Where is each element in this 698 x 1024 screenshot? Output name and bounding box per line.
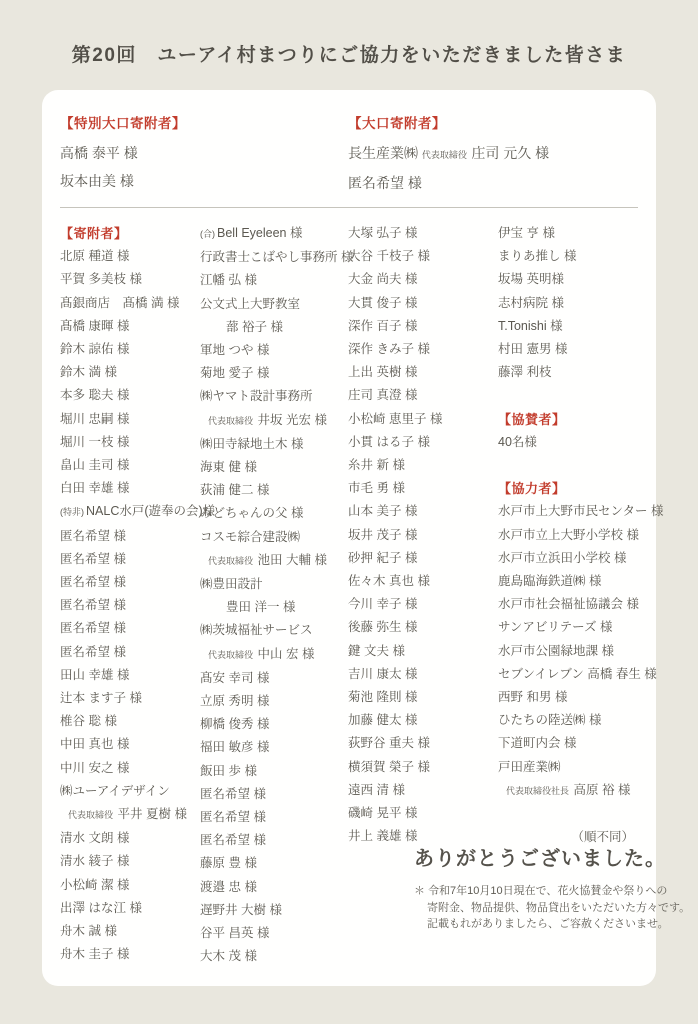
donor-line: 匿名希望 様 xyxy=(200,806,348,829)
name-text: 福田 敏彦 様 xyxy=(200,740,269,754)
name-text: 匿名希望 様 xyxy=(200,833,266,847)
donor-line: 志村病院 様 xyxy=(498,292,638,315)
name-text: 畠山 圭司 様 xyxy=(60,458,129,472)
name-text: 井上 義雄 様 xyxy=(348,829,417,843)
donor-line: ㈱茨城福祉サービス xyxy=(200,619,348,642)
name-text: 白田 幸雄 様 xyxy=(60,481,129,495)
donor-line: 水戸市公園緑地課 様 xyxy=(498,640,638,663)
donor-line: ㈱田寺緑地土木 様 xyxy=(200,433,348,456)
name-text: 【協賛者】 xyxy=(498,412,566,427)
name-text: 遠西 清 様 xyxy=(348,783,405,797)
donor-line: 匿名希望 様 xyxy=(60,571,200,594)
section-heading: 【寄附者】 xyxy=(60,222,200,245)
donor-line: 本多 聡夫 様 xyxy=(60,384,200,407)
name-text: 海東 健 様 xyxy=(200,460,257,474)
name-text: 髙橋 康暉 様 xyxy=(60,319,129,333)
donor-line: 高橋 泰平 様 xyxy=(60,139,348,167)
name-text: 山本 美子 様 xyxy=(348,504,417,518)
name-text: 匿名希望 様 xyxy=(200,787,266,801)
name-text: 匿名希望 様 xyxy=(200,810,266,824)
name-text: 深作 百子 様 xyxy=(348,319,417,333)
donor-line: 磯崎 晃平 様 xyxy=(348,802,498,825)
name-text: 大木 茂 様 xyxy=(200,949,257,963)
donor-line: 糸井 新 様 xyxy=(348,454,498,477)
donor-line: 匿名希望 様 xyxy=(60,641,200,664)
name-text: セブンイレブン 高橋 春生 様 xyxy=(498,667,657,681)
spacer xyxy=(498,384,638,407)
donor-line: 後藤 弥生 様 xyxy=(348,616,498,639)
name-text: 藤澤 利枝 xyxy=(498,365,551,379)
name-text: 【寄附者】 xyxy=(60,226,128,241)
name-text: 舟木 誠 様 xyxy=(60,924,117,938)
name-text: まりあ推し 様 xyxy=(498,249,576,263)
name-text: 匿名希望 様 xyxy=(348,175,422,191)
donor-line: 行政書士こばやし事務所 様 xyxy=(200,246,348,269)
name-text: 坂井 茂子 様 xyxy=(348,528,417,542)
name-text: 匿名希望 様 xyxy=(60,621,126,635)
donor-line: 匿名希望 様 xyxy=(200,829,348,852)
donor-line: 髙銀商店 髙橋 満 様 xyxy=(60,292,200,315)
name-text: 堀川 忠嗣 様 xyxy=(60,412,129,426)
donor-line: 堀川 忠嗣 様 xyxy=(60,408,200,431)
name-text: 市毛 勇 様 xyxy=(348,481,405,495)
name-text: ㈱田寺緑地土木 様 xyxy=(200,437,303,451)
name-text: 渡邉 忠 様 xyxy=(200,880,257,894)
donor-line: 鍵 文夫 様 xyxy=(348,640,498,663)
donor-line: 出澤 はな江 様 xyxy=(60,897,200,920)
donor-line: 小貫 はる子 様 xyxy=(348,431,498,454)
name-text: 匿名希望 様 xyxy=(60,598,126,612)
name-text: 荻野谷 重夫 様 xyxy=(348,736,430,750)
name-text: 水戸市社会福祉協議会 様 xyxy=(498,597,639,611)
name-text: 高原 裕 様 xyxy=(574,783,631,797)
name-text: 加藤 健太 様 xyxy=(348,713,417,727)
name-text: 庄司 真澄 様 xyxy=(348,388,417,402)
role-prefix: (特非) xyxy=(60,507,84,517)
name-text: 中山 宏 様 xyxy=(258,647,315,661)
donor-line: 坂本由美 様 xyxy=(60,167,348,195)
donor-line: 代表取締役 池田 大輔 様 xyxy=(200,549,348,573)
name-text: 村田 憲男 様 xyxy=(498,342,567,356)
name-text: 吉川 康太 様 xyxy=(348,667,417,681)
company-name: 長生産業㈱ xyxy=(348,145,422,161)
role-prefix: 代表取締役 xyxy=(208,556,256,566)
donor-line: 匿名希望 様 xyxy=(348,169,636,197)
name-text: 菊地 愛子 様 xyxy=(200,366,269,380)
name-text: 後藤 弥生 様 xyxy=(348,620,417,634)
donor-line: 清水 綾子 様 xyxy=(60,850,200,873)
donor-line: 大金 尚夫 様 xyxy=(348,268,498,291)
name-text: 【協力者】 xyxy=(498,481,566,496)
name-text: 平賀 多美枝 様 xyxy=(60,272,142,286)
name-text: 匿名希望 様 xyxy=(60,575,126,589)
donor-line: ㈱豊田設計 xyxy=(200,573,348,596)
donor-line: 村田 憲男 様 xyxy=(498,338,638,361)
donor-line: (合)Bell Eyeleen 様 xyxy=(200,222,348,246)
donor-line: 遠西 清 様 xyxy=(348,779,498,802)
name-text: T.Tonishi 様 xyxy=(498,319,563,333)
name-text: 立原 秀明 様 xyxy=(200,694,269,708)
donor-line: 西野 和男 様 xyxy=(498,686,638,709)
name-text: 水戸市上大野市民センター 様 xyxy=(498,504,663,518)
special-donors-section: 【特別大口寄附者】 高橋 泰平 様坂本由美 様 xyxy=(60,112,348,197)
name-text: NALC水戸(遊奉の会)様 xyxy=(86,504,215,518)
donor-line: T.Tonishi 様 xyxy=(498,315,638,338)
donor-line: 下道町内会 様 xyxy=(498,732,638,755)
donor-line: 白田 幸雄 様 xyxy=(60,477,200,500)
donor-line: 柳橋 俊秀 様 xyxy=(200,713,348,736)
donor-line: コスモ綜合建設㈱ xyxy=(200,526,348,549)
name-text: 大金 尚夫 様 xyxy=(348,272,417,286)
name-text: 舟木 圭子 様 xyxy=(60,947,129,961)
donor-column-2: (合)Bell Eyeleen 様行政書士こばやし事務所 様江幡 弘 様公文式上… xyxy=(200,222,348,969)
name-text: 上出 英樹 様 xyxy=(348,365,417,379)
donor-line: 田山 幸雄 様 xyxy=(60,664,200,687)
donor-line: 平賀 多美枝 様 xyxy=(60,268,200,291)
donor-line: 加藤 健太 様 xyxy=(348,709,498,732)
donor-line: 鈴木 諒佑 様 xyxy=(60,338,200,361)
donor-line: 代表取締役 平井 夏樹 様 xyxy=(60,803,200,827)
name-text: 水戸市公園緑地課 様 xyxy=(498,644,614,658)
name-text: 軍地 つや 様 xyxy=(200,343,269,357)
donor-line: 伊宝 亨 様 xyxy=(498,222,638,245)
donor-line: 江幡 弘 様 xyxy=(200,269,348,292)
donor-line: 水戸市上大野市民センター 様 xyxy=(498,500,638,523)
name-text: 田山 幸雄 様 xyxy=(60,668,129,682)
name-text: コスモ綜合建設㈱ xyxy=(200,530,300,544)
donor-line: 辻本 ます子 様 xyxy=(60,687,200,710)
donor-line: 遅野井 大樹 様 xyxy=(200,899,348,922)
donor-line: 佐々木 真也 様 xyxy=(348,570,498,593)
donor-line: 椎谷 聡 様 xyxy=(60,710,200,733)
donor-line: みどちゃんの父 様 xyxy=(200,502,348,525)
name-text: 髙安 幸司 様 xyxy=(200,671,269,685)
name-text: 水戸市立浜田小学校 様 xyxy=(498,551,626,565)
name-text: 鹿島臨海鉄道㈱ 様 xyxy=(498,574,601,588)
thanks-block: ありがとうございました。 ＊ 令和7年10月10日現在で、花火協賛金や祭りへの寄… xyxy=(414,842,698,933)
name-text: 戸田産業㈱ xyxy=(498,760,561,774)
donor-line: 渡邉 忠 様 xyxy=(200,876,348,899)
donor-line: 清水 文朗 様 xyxy=(60,827,200,850)
name-text: 柳橋 俊秀 様 xyxy=(200,717,269,731)
name-text: ひたちの陸送㈱ 様 xyxy=(498,713,601,727)
donor-line: 匿名希望 様 xyxy=(60,525,200,548)
name-text: 菊池 隆則 様 xyxy=(348,690,417,704)
special-donors-heading: 【特別大口寄附者】 xyxy=(60,112,348,132)
donor-line: 福田 敏彦 様 xyxy=(200,736,348,759)
donor-line: 鹿島臨海鉄道㈱ 様 xyxy=(498,570,638,593)
name-text: 鈴木 満 様 xyxy=(60,365,117,379)
donor-line: 坂井 茂子 様 xyxy=(348,524,498,547)
donor-line: 深作 きみ子 様 xyxy=(348,338,498,361)
donor-line: 堀川 一枝 様 xyxy=(60,431,200,454)
footnote-line: 記載もれがありましたら、ご容赦くださいませ。 xyxy=(414,916,698,933)
spacer xyxy=(498,803,638,826)
donor-line: ㈱ヤマト設計事務所 xyxy=(200,385,348,408)
footnote-line: 寄附金、物品提供、物品貸出をいただいた方々です。 xyxy=(414,900,698,917)
name-text: 鍵 文夫 様 xyxy=(348,644,405,658)
name-text: 高橋 泰平 様 xyxy=(60,145,138,161)
name-text: 今川 幸子 様 xyxy=(348,597,417,611)
name-text: みどちゃんの父 様 xyxy=(200,506,303,520)
name-text: 椎谷 聡 様 xyxy=(60,714,117,728)
donor-line: 水戸市立上大野小学校 様 xyxy=(498,524,638,547)
name-text: 本多 聡夫 様 xyxy=(60,388,129,402)
name-text: 公文式上大野教室 xyxy=(200,297,300,311)
donor-line: 長生産業㈱ 代表取締役 庄司 元久 様 xyxy=(348,139,636,169)
donor-line: 大塚 弘子 様 xyxy=(348,222,498,245)
donor-line: 菊地 愛子 様 xyxy=(200,362,348,385)
donor-line: 水戸市立浜田小学校 様 xyxy=(498,547,638,570)
page-title: 第20回 ユーアイ村まつりにご協力をいただきました皆さま xyxy=(0,0,698,67)
donor-line: 立原 秀明 様 xyxy=(200,690,348,713)
large-donors-list: 長生産業㈱ 代表取締役 庄司 元久 様匿名希望 様 xyxy=(348,139,636,197)
donors-card: 【特別大口寄附者】 高橋 泰平 様坂本由美 様 【大口寄附者】 長生産業㈱ 代表… xyxy=(42,90,656,986)
name-text: ㈱ユーアイデザイン xyxy=(60,784,170,798)
role-prefix: 代表取締役 xyxy=(208,650,256,660)
name-text: 磯崎 晃平 様 xyxy=(348,806,417,820)
name-text: 志村病院 様 xyxy=(498,296,564,310)
name-text: サンアビリテーズ 様 xyxy=(498,620,612,634)
name-text: 40名様 xyxy=(498,435,537,449)
donor-line: 荻野谷 重夫 様 xyxy=(348,732,498,755)
section-heading: 【協力者】 xyxy=(498,477,638,500)
donor-line: 鈴木 満 様 xyxy=(60,361,200,384)
name-text: 深作 きみ子 様 xyxy=(348,342,430,356)
donor-line: 飯田 歩 様 xyxy=(200,760,348,783)
donor-line: 吉川 康太 様 xyxy=(348,663,498,686)
donor-line: 舟木 圭子 様 xyxy=(60,943,200,966)
donor-line: 庄司 真澄 様 xyxy=(348,384,498,407)
donor-line: 中川 安之 様 xyxy=(60,757,200,780)
name-text: 小松崎 潔 様 xyxy=(60,878,129,892)
name-text: 中川 安之 様 xyxy=(60,761,129,775)
name-text: 記載もれがありましたら、ご容赦くださいませ。 xyxy=(427,918,669,930)
name-text: 池田 大輔 様 xyxy=(258,553,327,567)
donor-line: 中田 真也 様 xyxy=(60,733,200,756)
name-text: 藤原 豊 様 xyxy=(200,856,257,870)
donor-line: 代表取締役 中山 宏 様 xyxy=(200,643,348,667)
name-text: 堀川 一枝 様 xyxy=(60,435,129,449)
donor-line: 横須賀 榮子 様 xyxy=(348,756,498,779)
donor-line: ひたちの陸送㈱ 様 xyxy=(498,709,638,732)
spacer xyxy=(498,454,638,477)
role-prefix: 代表取締役 xyxy=(208,416,256,426)
name-text: 豊田 洋一 様 xyxy=(226,600,295,614)
donor-line: 谷平 昌英 様 xyxy=(200,922,348,945)
name-text: 江幡 弘 様 xyxy=(200,273,257,287)
name-text: ㈱ヤマト設計事務所 xyxy=(200,389,313,403)
donor-line: 大木 茂 様 xyxy=(200,945,348,968)
name-text: 荻浦 健二 様 xyxy=(200,483,269,497)
donor-line: 小松崎 恵里子 様 xyxy=(348,408,498,431)
donor-line: 匿名希望 様 xyxy=(60,617,200,640)
donor-line: 代表取締役 井坂 光宏 様 xyxy=(200,409,348,433)
name-text: 横須賀 榮子 様 xyxy=(348,760,430,774)
donor-line: 軍地 つや 様 xyxy=(200,339,348,362)
donor-line: 藤原 豊 様 xyxy=(200,852,348,875)
name-text: 髙銀商店 髙橋 満 様 xyxy=(60,296,179,310)
name-text: 行政書士こばやし事務所 様 xyxy=(200,250,353,264)
name-text: 大谷 千枝子 様 xyxy=(348,249,430,263)
donor-column-1: 【寄附者】北原 種道 様平賀 多美枝 様髙銀商店 髙橋 満 様髙橋 康暉 様鈴木… xyxy=(60,222,200,969)
donor-line: まりあ推し 様 xyxy=(498,245,638,268)
footnote-line: ＊ 令和7年10月10日現在で、花火協賛金や祭りへの xyxy=(414,883,698,900)
name-text: 鈴木 諒佑 様 xyxy=(60,342,129,356)
donor-line: 山本 美子 様 xyxy=(348,500,498,523)
donor-line: セブンイレブン 高橋 春生 様 xyxy=(498,663,638,686)
name-text: 小貫 はる子 様 xyxy=(348,435,430,449)
donor-line: サンアビリテーズ 様 xyxy=(498,616,638,639)
name-text: 大貫 俊子 様 xyxy=(348,296,417,310)
donor-line: 上出 英樹 様 xyxy=(348,361,498,384)
section-divider xyxy=(60,207,638,208)
donor-line: 大谷 千枝子 様 xyxy=(348,245,498,268)
role-prefix: 代表取締役社長 xyxy=(506,786,572,796)
name-text: 伊宝 亨 様 xyxy=(498,226,555,240)
donor-line: (特非)NALC水戸(遊奉の会)様 xyxy=(60,500,200,524)
name-text: 西野 和男 様 xyxy=(498,690,567,704)
large-donors-section: 【大口寄附者】 長生産業㈱ 代表取締役 庄司 元久 様匿名希望 様 xyxy=(348,112,636,197)
role-prefix: (合) xyxy=(200,229,215,239)
top-sections: 【特別大口寄附者】 高橋 泰平 様坂本由美 様 【大口寄附者】 長生産業㈱ 代表… xyxy=(60,112,638,197)
name-text: 匿名希望 様 xyxy=(60,529,126,543)
role-prefix: 代表取締役 xyxy=(422,150,470,160)
name-text: 下道町内会 様 xyxy=(498,736,576,750)
donor-line: 市毛 勇 様 xyxy=(348,477,498,500)
donor-line: 砂押 紀子 様 xyxy=(348,547,498,570)
donor-line: 公文式上大野教室 xyxy=(200,293,348,316)
donor-line: 蔀 裕子 様 xyxy=(200,316,348,339)
donor-line: 髙安 幸司 様 xyxy=(200,667,348,690)
name-text: 寄附金、物品提供、物品貸出をいただいた方々です。 xyxy=(427,902,690,914)
name-text: 坂本由美 様 xyxy=(60,173,134,189)
large-donors-heading: 【大口寄附者】 xyxy=(348,112,636,132)
donor-line: 豊田 洋一 様 xyxy=(200,596,348,619)
donor-line: 荻浦 健二 様 xyxy=(200,479,348,502)
thanks-title: ありがとうございました。 xyxy=(414,842,698,871)
name-text: 蔀 裕子 様 xyxy=(226,320,283,334)
donor-line: 小松崎 潔 様 xyxy=(60,874,200,897)
special-donors-list: 高橋 泰平 様坂本由美 様 xyxy=(60,139,348,195)
name-text: 谷平 昌英 様 xyxy=(200,926,269,940)
name-text: 匿名希望 様 xyxy=(60,645,126,659)
donor-line: 大貫 俊子 様 xyxy=(348,292,498,315)
name-text: Bell Eyeleen 様 xyxy=(217,226,302,240)
name-text: 小松崎 恵里子 様 xyxy=(348,412,442,426)
name-text: ㈱豊田設計 xyxy=(200,577,263,591)
donor-line: 戸田産業㈱ xyxy=(498,756,638,779)
name-text: 砂押 紀子 様 xyxy=(348,551,417,565)
donor-line: 代表取締役社長 高原 裕 様 xyxy=(498,779,638,803)
thanks-footnote: ＊ 令和7年10月10日現在で、花火協賛金や祭りへの寄附金、物品提供、物品貸出を… xyxy=(414,883,698,933)
donor-line: 北原 種道 様 xyxy=(60,245,200,268)
donor-line: 匿名希望 様 xyxy=(60,594,200,617)
donor-line: 髙橋 康暉 様 xyxy=(60,315,200,338)
name-text: 清水 綾子 様 xyxy=(60,854,129,868)
donor-line: 40名様 xyxy=(498,431,638,454)
donor-line: 匿名希望 様 xyxy=(200,783,348,806)
donor-line: 菊池 隆則 様 xyxy=(348,686,498,709)
donor-line: 舟木 誠 様 xyxy=(60,920,200,943)
name-text: 大塚 弘子 様 xyxy=(348,226,417,240)
name-text: ㈱茨城福祉サービス xyxy=(200,623,313,637)
donor-line: 今川 幸子 様 xyxy=(348,593,498,616)
name-text: 井坂 光宏 様 xyxy=(258,413,327,427)
name-text: 坂場 英明様 xyxy=(498,272,564,286)
name-text: 出澤 はな江 様 xyxy=(60,901,142,915)
name-text: 匿名希望 様 xyxy=(60,552,126,566)
name-text: 清水 文朗 様 xyxy=(60,831,129,845)
name-text: 水戸市立上大野小学校 様 xyxy=(498,528,639,542)
name-text: ＊ 令和7年10月10日現在で、花火協賛金や祭りへの xyxy=(414,885,667,897)
name-text: 辻本 ます子 様 xyxy=(60,691,142,705)
donor-line: ㈱ユーアイデザイン xyxy=(60,780,200,803)
donor-line: 水戸市社会福祉協議会 様 xyxy=(498,593,638,616)
donor-line: 畠山 圭司 様 xyxy=(60,454,200,477)
name-text: 庄司 元久 様 xyxy=(471,145,549,161)
name-text: 飯田 歩 様 xyxy=(200,764,257,778)
donor-line: 深作 百子 様 xyxy=(348,315,498,338)
name-text: 北原 種道 様 xyxy=(60,249,129,263)
name-text: 平井 夏樹 様 xyxy=(118,807,187,821)
section-heading: 【協賛者】 xyxy=(498,408,638,431)
name-text: 佐々木 真也 様 xyxy=(348,574,430,588)
donor-line: 藤澤 利枝 xyxy=(498,361,638,384)
name-text: 遅野井 大樹 様 xyxy=(200,903,282,917)
role-prefix: 代表取締役 xyxy=(68,810,116,820)
name-text: 糸井 新 様 xyxy=(348,458,405,472)
name-text: 中田 真也 様 xyxy=(60,737,129,751)
donor-line: 坂場 英明様 xyxy=(498,268,638,291)
donor-line: 海東 健 様 xyxy=(200,456,348,479)
donor-line: 匿名希望 様 xyxy=(60,548,200,571)
